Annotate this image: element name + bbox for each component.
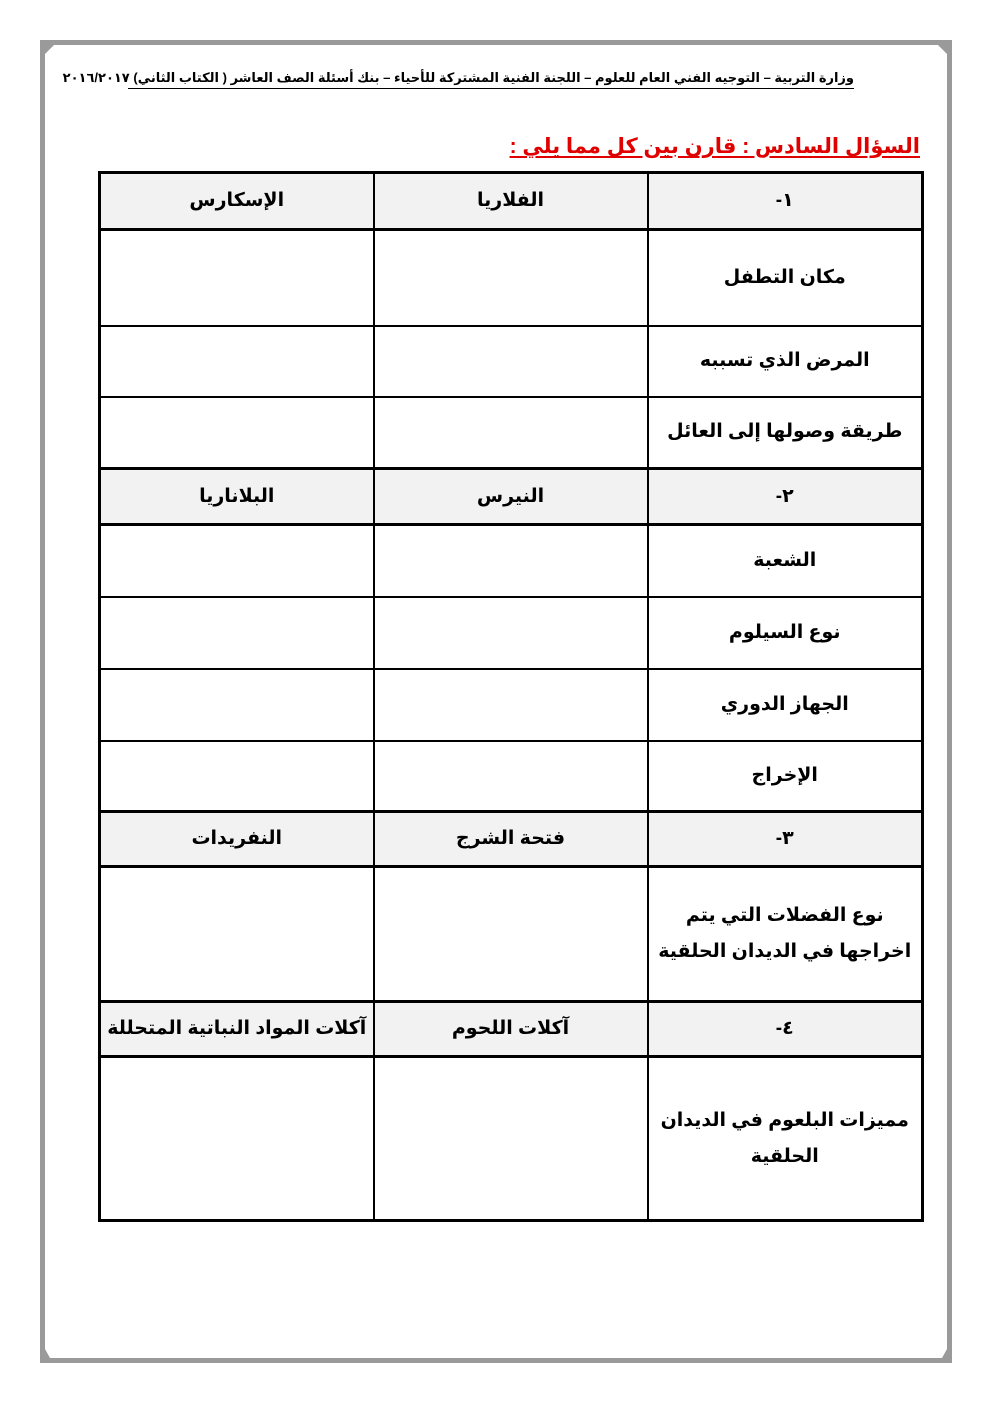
row-label: مكان التطفل: [648, 230, 923, 326]
table-row: مميزات البلعوم في الديدان الحلقية: [100, 1057, 923, 1221]
table-row: المرض الذي تسببه: [100, 326, 923, 397]
answer-cell[interactable]: [100, 326, 374, 397]
answer-cell[interactable]: [374, 741, 648, 812]
column-b-heading: البلاناريا: [100, 469, 374, 525]
column-b-heading: الإسكارس: [100, 173, 374, 230]
row-label: نوع السيلوم: [648, 597, 923, 669]
row-label: الجهاز الدوري: [648, 669, 923, 741]
table-row: طريقة وصولها إلى العائل: [100, 397, 923, 469]
section-header-row: ٣- فتحة الشرج النفريدات: [100, 812, 923, 867]
section-number: ٣-: [648, 812, 923, 867]
answer-cell[interactable]: [374, 525, 648, 597]
section-header-row: ٢- النيرس البلاناريا: [100, 469, 923, 525]
row-label: نوع الفضلات التي يتم اخراجها في الديدان …: [648, 867, 923, 1002]
section-number: ١-: [648, 173, 923, 230]
answer-cell[interactable]: [374, 230, 648, 326]
row-label: الإخراج: [648, 741, 923, 812]
answer-cell[interactable]: [374, 1057, 648, 1221]
answer-cell[interactable]: [100, 741, 374, 812]
answer-cell[interactable]: [374, 669, 648, 741]
section-number: ٤-: [648, 1002, 923, 1057]
question-title: السؤال السادس : قارن بين كل مما يلي :: [510, 134, 920, 159]
answer-cell[interactable]: [374, 326, 648, 397]
answer-cell[interactable]: [374, 397, 648, 469]
table-row: الجهاز الدوري: [100, 669, 923, 741]
answer-cell[interactable]: [100, 669, 374, 741]
row-label: مميزات البلعوم في الديدان الحلقية: [648, 1057, 923, 1221]
table-row: نوع السيلوم: [100, 597, 923, 669]
column-b-heading: النفريدات: [100, 812, 374, 867]
row-label: طريقة وصولها إلى العائل: [648, 397, 923, 469]
section-header-row: ١- الفلاريا الإسكارس: [100, 173, 923, 230]
frame-corner-ornament: [938, 45, 947, 54]
answer-cell[interactable]: [100, 867, 374, 1002]
frame-corner-ornament: [45, 1349, 50, 1358]
column-a-heading: الفلاريا: [374, 173, 648, 230]
answer-cell[interactable]: [100, 397, 374, 469]
comparison-table: ١- الفلاريا الإسكارس مكان التطفل المرض ا…: [98, 171, 924, 1222]
column-a-heading: فتحة الشرج: [374, 812, 648, 867]
answer-cell[interactable]: [100, 525, 374, 597]
column-b-heading: آكلات المواد النباتية المتحللة: [100, 1002, 374, 1057]
frame-corner-ornament: [45, 45, 54, 54]
answer-cell[interactable]: [100, 597, 374, 669]
section-header-row: ٤- آكلات اللحوم آكلات المواد النباتية ال…: [100, 1002, 923, 1057]
answer-cell[interactable]: [374, 597, 648, 669]
table-row: نوع الفضلات التي يتم اخراجها في الديدان …: [100, 867, 923, 1002]
row-label: الشعبة: [648, 525, 923, 597]
section-number: ٢-: [648, 469, 923, 525]
page-header: وزارة التربية – التوجيه الفني العام للعل…: [128, 70, 854, 89]
column-a-heading: النيرس: [374, 469, 648, 525]
table-row: الإخراج: [100, 741, 923, 812]
row-label: المرض الذي تسببه: [648, 326, 923, 397]
answer-cell[interactable]: [100, 230, 374, 326]
table-row: مكان التطفل: [100, 230, 923, 326]
answer-cell[interactable]: [374, 867, 648, 1002]
column-a-heading: آكلات اللحوم: [374, 1002, 648, 1057]
table-row: الشعبة: [100, 525, 923, 597]
frame-corner-ornament: [942, 1349, 947, 1358]
answer-cell[interactable]: [100, 1057, 374, 1221]
